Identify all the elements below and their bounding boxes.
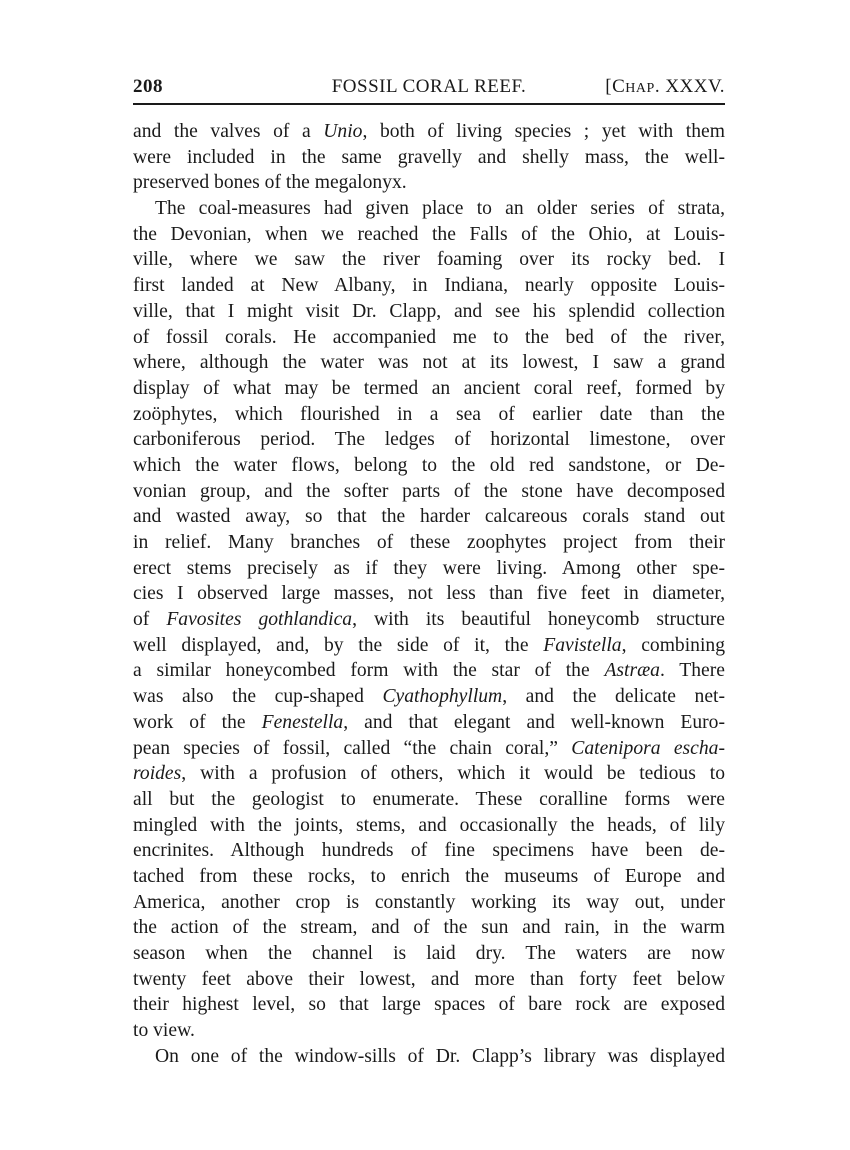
text-run: mingled with the joints, stems, and occa… [133,815,725,836]
text-run: tached from these rocks, to enrich the m… [133,866,725,887]
text-line: zoöphytes, which flourished in a sea of … [133,402,725,428]
text-line: ville, that I might visit Dr. Clapp, and… [133,299,725,325]
text-run: in relief. Many branches of these zoophy… [133,532,725,553]
text-run: first landed at New Albany, in Indiana, … [133,275,725,296]
text-run: was also the cup-shaped [133,686,382,707]
italic-term: Fenestella [262,712,344,733]
text-run: and the valves of a [133,121,323,142]
italic-term: Favistella [543,635,621,656]
text-run: of fossil corals. He accompanied me to t… [133,327,725,348]
text-run: encrinites. Although hundreds of fine sp… [133,840,725,861]
italic-term: Cyathophyllum [382,686,502,707]
text-line: tached from these rocks, to enrich the m… [133,864,725,890]
text-line: the Devonian, when we reached the Falls … [133,222,725,248]
text-run: , both of living species ; yet with them [362,121,725,142]
text-run: . There [660,660,725,681]
text-run: a similar honeycombed form with the star… [133,660,604,681]
chapter-label: [CHAP. XXXV. [605,76,725,98]
text-run: where, although the water was not at its… [133,352,725,373]
text-run: of [133,609,166,630]
chapter-prefix: [C [605,76,625,97]
text-line: The coal-measures had given place to an … [133,196,725,222]
chapter-smallcaps: HAP [625,81,655,96]
text-line: roides, with a profusion of others, whic… [133,761,725,787]
text-line: preserved bones of the megalonyx. [133,170,725,196]
text-line: the action of the stream, and of the sun… [133,915,725,941]
text-line: pean species of fossil, called “the chai… [133,736,725,762]
text-line: of fossil corals. He accompanied me to t… [133,325,725,351]
text-run: The coal-measures had given place to an … [155,198,725,219]
text-run: to view. [133,1020,195,1041]
text-run: , and that elegant and well-known Euro- [343,712,725,733]
text-line: to view. [133,1018,725,1044]
text-line: all but the geologist to enumerate. Thes… [133,787,725,813]
text-line: and wasted away, so that the harder calc… [133,504,725,530]
text-run: preserved bones of the megalonyx. [133,172,407,193]
italic-term: Favosites gothlandica [166,609,352,630]
text-run: On one of the window-sills of Dr. Clapp’… [155,1046,725,1067]
text-run: and wasted away, so that the harder calc… [133,506,725,527]
book-page: 208 FOSSIL CORAL REEF. [CHAP. XXXV. and … [133,70,725,1069]
text-line: display of what may be termed an ancient… [133,376,725,402]
text-line: carboniferous period. The ledges of hori… [133,427,725,453]
text-line: America, another crop is constantly work… [133,890,725,916]
text-line: mingled with the joints, stems, and occa… [133,813,725,839]
text-line: first landed at New Albany, in Indiana, … [133,273,725,299]
text-run: the Devonian, when we reached the Falls … [133,224,725,245]
text-run: were included in the same gravelly and s… [133,147,725,168]
text-run: , with its beautiful honeycomb structure [352,609,725,630]
italic-term: Catenipora escha- [571,738,725,759]
text-line: work of the Fenestella, and that elegant… [133,710,725,736]
text-run: America, another crop is constantly work… [133,892,725,913]
text-run: display of what may be termed an ancient… [133,378,725,399]
text-line: vonian group, and the softer parts of th… [133,479,725,505]
text-run: which the water flows, belong to the old… [133,455,725,476]
text-line: were included in the same gravelly and s… [133,145,725,171]
text-run: erect stems precisely as if they were li… [133,558,725,579]
text-run: cies I observed large masses, not less t… [133,583,725,604]
text-line: a similar honeycombed form with the star… [133,658,725,684]
text-run: work of the [133,712,262,733]
text-line: their highest level, so that large space… [133,992,725,1018]
text-run: ville, that I might visit Dr. Clapp, and… [133,301,725,322]
text-run: the action of the stream, and of the sun… [133,917,725,938]
text-line: twenty feet above their lowest, and more… [133,967,725,993]
text-line: and the valves of a Unio, both of living… [133,119,725,145]
text-line: season when the channel is laid dry. The… [133,941,725,967]
text-run: zoöphytes, which flourished in a sea of … [133,404,725,425]
text-line: was also the cup-shaped Cyathophyllum, a… [133,684,725,710]
chapter-number: . XXXV. [655,76,725,97]
text-run: all but the geologist to enumerate. Thes… [133,789,725,810]
text-line: encrinites. Although hundreds of fine sp… [133,838,725,864]
text-run: ville, where we saw the river foaming ov… [133,249,725,270]
text-line: ville, where we saw the river foaming ov… [133,247,725,273]
text-line: where, although the water was not at its… [133,350,725,376]
text-line: well displayed, and, by the side of it, … [133,633,725,659]
text-line: cies I observed large masses, not less t… [133,581,725,607]
text-line: On one of the window-sills of Dr. Clapp’… [133,1044,725,1070]
text-line: of Favosites gothlandica, with its beaut… [133,607,725,633]
text-line: erect stems precisely as if they were li… [133,556,725,582]
body-text: and the valves of a Unio, both of living… [133,119,725,1069]
text-run: carboniferous period. The ledges of hori… [133,429,725,450]
italic-term: roides [133,763,181,784]
text-run: well displayed, and, by the side of it, … [133,635,543,656]
text-run: , with a profusion of others, which it w… [181,763,725,784]
text-run: their highest level, so that large space… [133,994,725,1015]
italic-term: Astræa [604,660,660,681]
text-run: pean species of fossil, called “the chai… [133,738,571,759]
text-line: which the water flows, belong to the old… [133,453,725,479]
header-rule [133,103,725,105]
text-run: , combining [622,635,725,656]
text-run: , and the delicate net- [502,686,725,707]
running-head: 208 FOSSIL CORAL REEF. [CHAP. XXXV. [133,70,725,100]
italic-term: Unio [323,121,362,142]
text-run: season when the channel is laid dry. The… [133,943,725,964]
text-run: vonian group, and the softer parts of th… [133,481,725,502]
text-line: in relief. Many branches of these zoophy… [133,530,725,556]
text-run: twenty feet above their lowest, and more… [133,969,725,990]
